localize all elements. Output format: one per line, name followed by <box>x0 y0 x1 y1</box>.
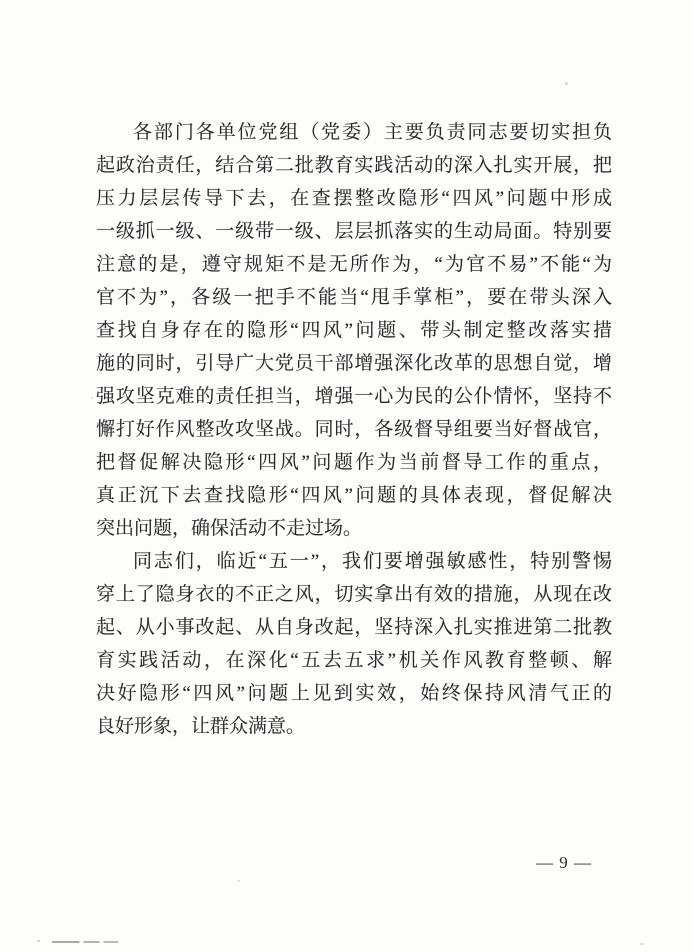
text-line: 决好隐形“四风”问题上见到实效，始终保持风清气正的 <box>96 677 612 710</box>
text-line: 懈打好作风整改攻坚战。同时，各级督导组要当好督战官， <box>96 413 612 446</box>
text-line: 压力层层传导下去，在查摆整改隐形“四风”问题中形成 <box>96 182 612 215</box>
text-line: 起、从小事改起、从自身改起，坚持深入扎实推进第二批教 <box>96 611 612 644</box>
text-line: 各部门各单位党组（党委）主要负责同志要切实担负 <box>96 116 612 149</box>
scan-speck <box>640 943 644 945</box>
text-line: 注意的是，遵守规矩不是无所作为，“为官不易”不能“为 <box>96 248 612 281</box>
text-line: 突出问题，确保活动不走过场。 <box>96 512 612 545</box>
scan-speck <box>37 940 40 942</box>
scanned-document-page: 各部门各单位党组（党委）主要负责同志要切实担负 起政治责任，结合第二批教育实践活… <box>0 0 693 952</box>
text-line: 施的同时，引导广大党员干部增强深化改革的思想自觉，增 <box>96 347 612 380</box>
text-line: 真正沉下去查找隐形“四风”问题的具体表现，督促解决 <box>96 479 612 512</box>
scan-artifact-line <box>52 941 118 943</box>
text-line: 良好形象，让群众满意。 <box>96 710 612 743</box>
scan-speck <box>237 880 240 882</box>
text-line: 强攻坚克难的责任担当，增强一心为民的公仆情怀，坚持不 <box>96 380 612 413</box>
text-line: 把督促解决隐形“四风”问题作为当前督导工作的重点， <box>96 446 612 479</box>
text-line: 穿上了隐身衣的不正之风，切实拿出有效的措施，从现在改 <box>96 578 612 611</box>
scan-speck <box>565 82 568 85</box>
page-number: — 9 — <box>533 853 595 873</box>
scan-speck <box>91 397 93 399</box>
text-line: 起政治责任，结合第二批教育实践活动的深入扎实开展，把 <box>96 149 612 182</box>
text-line: 同志们，临近“五一”，我们要增强敏感性，特别警惕 <box>96 545 612 578</box>
text-line: 育实践活动，在深化“五去五求”机关作风教育整顿、解 <box>96 644 612 677</box>
text-line: 一级抓一级、一级带一级、层层抓落实的生动局面。特别要 <box>96 215 612 248</box>
document-body-text: 各部门各单位党组（党委）主要负责同志要切实担负 起政治责任，结合第二批教育实践活… <box>96 116 612 743</box>
text-line: 查找自身存在的隐形“四风”问题、带头制定整改落实措 <box>96 314 612 347</box>
text-line: 官不为”，各级一把手不能当“甩手掌柜”，要在带头深入 <box>96 281 612 314</box>
